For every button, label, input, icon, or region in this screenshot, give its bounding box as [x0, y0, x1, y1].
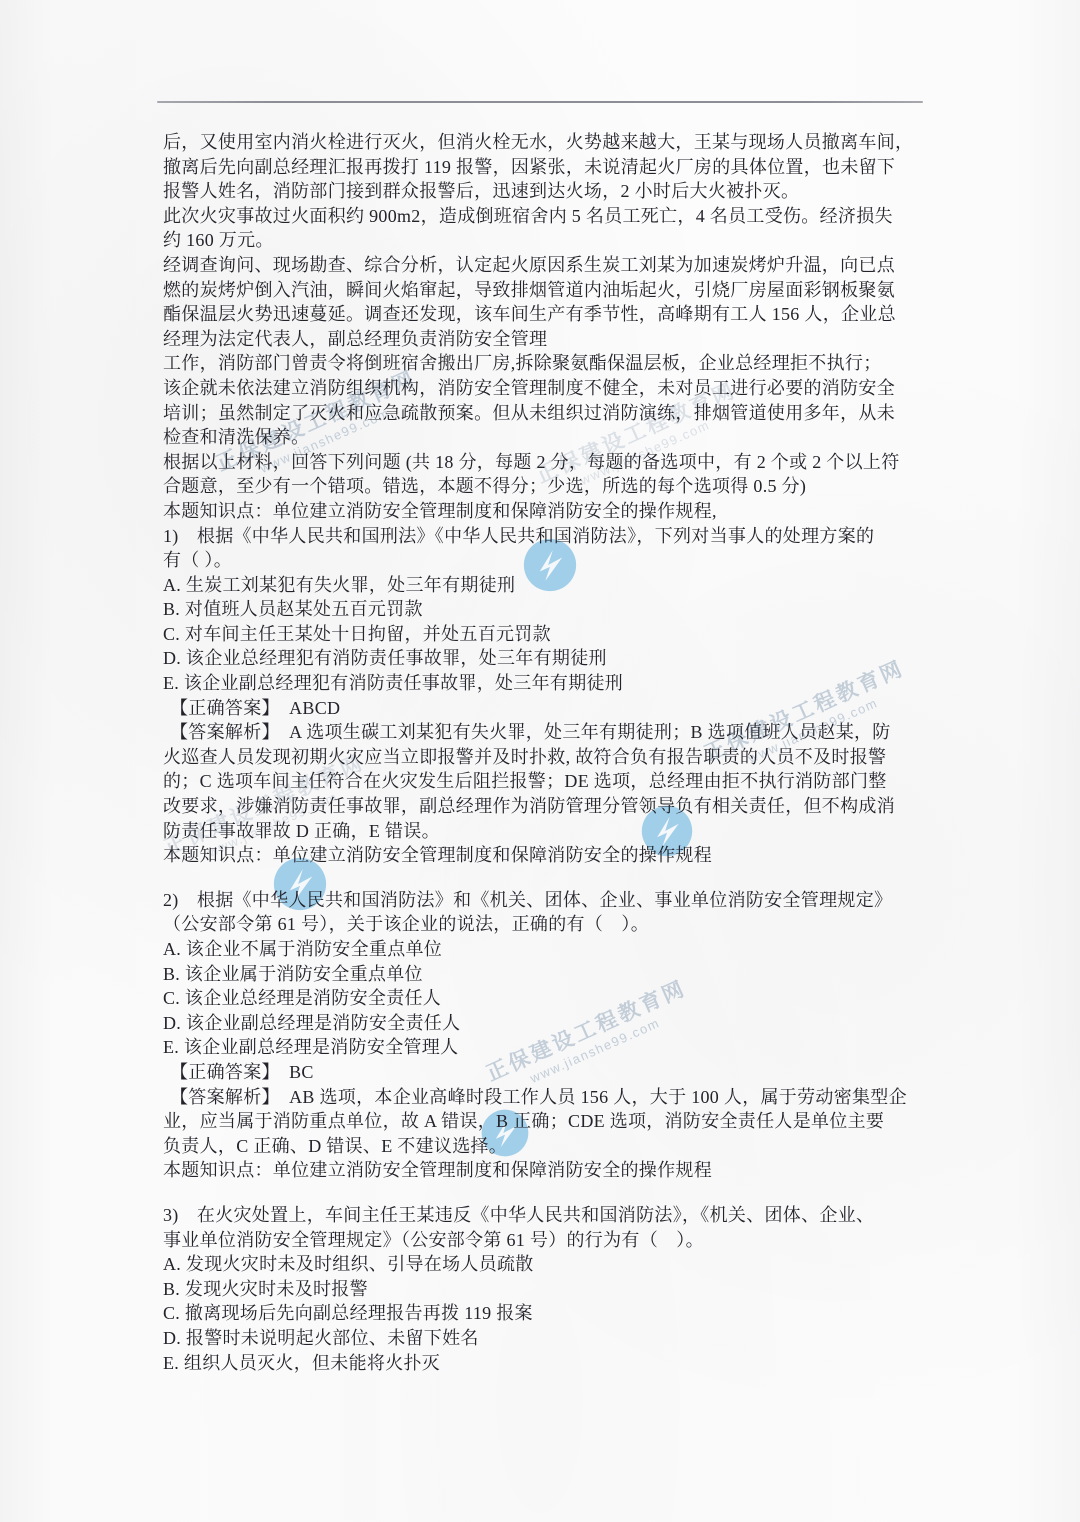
question-2-option-line: E. 该企业副总经理是消防安全管理人: [163, 1035, 925, 1060]
question-2-stem-line: （公安部令第 61 号），关于该企业的说法，正确的有（ ）。: [163, 912, 925, 937]
question-1-option-line: E. 该企业副总经理犯有消防责任事故罪，处三年有期徒刑: [163, 671, 925, 696]
question-2-option-line: B. 该企业属于消防安全重点单位: [163, 962, 925, 987]
knowledge-point-line: 本题知识点：单位建立消防安全管理制度和保障消防安全的操作规程: [163, 1158, 925, 1183]
question-1-stem-line: 1) 根据《中华人民共和国刑法》《中华人民共和国消防法》，下列对当事人的处理方案…: [163, 524, 925, 549]
question-2-option-line: D. 该企业副总经理是消防安全责任人: [163, 1011, 925, 1036]
question-1-option-line: A. 生炭工刘某犯有失火罪，处三年有期徒刑: [163, 573, 925, 598]
question-1-option-line: D. 该企业总经理犯有消防责任事故罪，处三年有期徒刑: [163, 646, 925, 671]
question-3-stem-line: 3) 在火灾处置上，车间主任王某违反《中华人民共和国消防法》，《机关、团体、企业…: [163, 1203, 925, 1228]
question-2-analysis-line: 负责人，C 正确、D 错误、E 不建议选择。: [163, 1134, 925, 1159]
question-3-stem-line: 事业单位消防安全管理规定》（公安部令第 61 号）的行为有（ ）。: [163, 1228, 925, 1253]
case-study-line: 约 160 万元。: [163, 228, 925, 253]
case-study-line: 酯保温层火势迅速蔓延。调查还发现，该车间生产有季节性，高峰期有工人 156 人，…: [163, 302, 925, 327]
question-1-analysis-line: 【答案解析】 A 选项生碳工刘某犯有失火罪，处三年有期徒刑；B 选项值班人员赵某…: [163, 720, 925, 745]
question-1-option-line: C. 对车间主任王某处十日拘留，并处五百元罚款: [163, 622, 925, 647]
knowledge-point-line: 本题知识点：单位建立消防安全管理制度和保障消防安全的操作规程,: [163, 499, 925, 524]
case-study-line: 经理为法定代表人，副总经理负责消防安全管理: [163, 327, 925, 352]
blank-line: [163, 868, 925, 888]
knowledge-point-line: 本题知识点：单位建立消防安全管理制度和保障消防安全的操作规程: [163, 843, 925, 868]
question-2-stem-line: 2) 根据《中华人民共和国消防法》和《机关、团体、企业、事业单位消防安全管理规定…: [163, 888, 925, 913]
instructions-line: 根据以上材料，回答下列问题 (共 18 分，每题 2 分，每题的备选项中，有 2…: [163, 450, 925, 475]
question-2-answer-line: 【正确答案】 BC: [163, 1060, 925, 1085]
case-study-line: 后，又使用室内消火栓进行灭火，但消火栓无水，火势越来越大，王某与现场人员撤离车间…: [163, 130, 925, 155]
question-2-option-line: A. 该企业不属于消防安全重点单位: [163, 937, 925, 962]
top-divider: [157, 101, 923, 103]
question-1-stem-line: 有（ ）。: [163, 548, 925, 573]
question-3-option-line: C. 撤离现场后先向副总经理报告再拨 119 报案: [163, 1301, 925, 1326]
case-study-line: 工作，消防部门曾责令将倒班宿舍搬出厂房,拆除聚氨酯保温层板，企业总经理拒不执行；: [163, 351, 925, 376]
question-2-analysis-line: 业，应当属于消防重点单位，故 A 错误，B 正确；CDE 选项，消防安全责任人是…: [163, 1109, 925, 1134]
question-1-analysis-line: 火巡查人员发现初期火灾应当立即报警并及时扑救, 故符合负有报告职责的人员不及时报…: [163, 745, 925, 770]
question-3-option-line: A. 发现火灾时未及时组织、引导在场人员疏散: [163, 1252, 925, 1277]
case-study-line: 燃的炭烤炉倒入汽油，瞬间火焰窜起，导致排烟管道内油垢起火，引烧厂房屋面彩钢板聚氨: [163, 278, 925, 303]
instructions-line: 合题意，至少有一个错项。错选，本题不得分；少选，所选的每个选项得 0.5 分): [163, 474, 925, 499]
question-3-option-line: B. 发现火灾时未及时报警: [163, 1277, 925, 1302]
question-1-analysis-line: 防责任事故罪故 D 正确，E 错误。: [163, 819, 925, 844]
case-study-line: 此次火灾事故过火面积约 900m2，造成倒班宿舍内 5 名员工死亡，4 名员工受…: [163, 204, 925, 229]
question-1-analysis-line: 改要求，涉嫌消防责任事故罪，副总经理作为消防管理分管领导负有相关责任，但不构成消: [163, 794, 925, 819]
case-study-line: 该企就未依法建立消防组织机构，消防安全管理制度不健全，未对员工进行必要的消防安全: [163, 376, 925, 401]
question-1-analysis-line: 的；C 选项车间主任符合在火灾发生后阻拦报警；DE 选项，总经理由拒不执行消防部…: [163, 769, 925, 794]
case-study-line: 经调查询问、现场勘查、综合分析，认定起火原因系生炭工刘某为加速炭烤炉升温，向已点: [163, 253, 925, 278]
question-3-option-line: E. 组织人员灭火，但未能将火扑灭: [163, 1351, 925, 1376]
document-page: 正保建设工程教育网 www.jianshe99.com 正保建设工程教育网 ww…: [0, 0, 1080, 1522]
question-2-analysis-line: 【答案解析】 AB 选项，本企业高峰时段工作人员 156 人，大于 100 人，…: [163, 1085, 925, 1110]
question-2-option-line: C. 该企业总经理是消防安全责任人: [163, 986, 925, 1011]
exam-content: 后，又使用室内消火栓进行灭火，但消火栓无水，火势越来越大，王某与现场人员撤离车间…: [163, 130, 925, 1375]
question-3-option-line: D. 报警时未说明起火部位、未留下姓名: [163, 1326, 925, 1351]
case-study-line: 撤离后先向副总经理汇报再拨打 119 报警，因紧张，未说清起火厂房的具体位置，也…: [163, 155, 925, 180]
case-study-line: 报警人姓名，消防部门接到群众报警后，迅速到达火场，2 小时后大火被扑灭。: [163, 179, 925, 204]
question-1-option-line: B. 对值班人员赵某处五百元罚款: [163, 597, 925, 622]
question-1-answer-line: 【正确答案】 ABCD: [163, 696, 925, 721]
case-study-line: 培训；虽然制定了灭火和应急疏散预案。但从未组织过消防演练，排烟管道使用多年，从未: [163, 401, 925, 426]
blank-line: [163, 1183, 925, 1203]
case-study-line: 检查和清洗保养。: [163, 425, 925, 450]
